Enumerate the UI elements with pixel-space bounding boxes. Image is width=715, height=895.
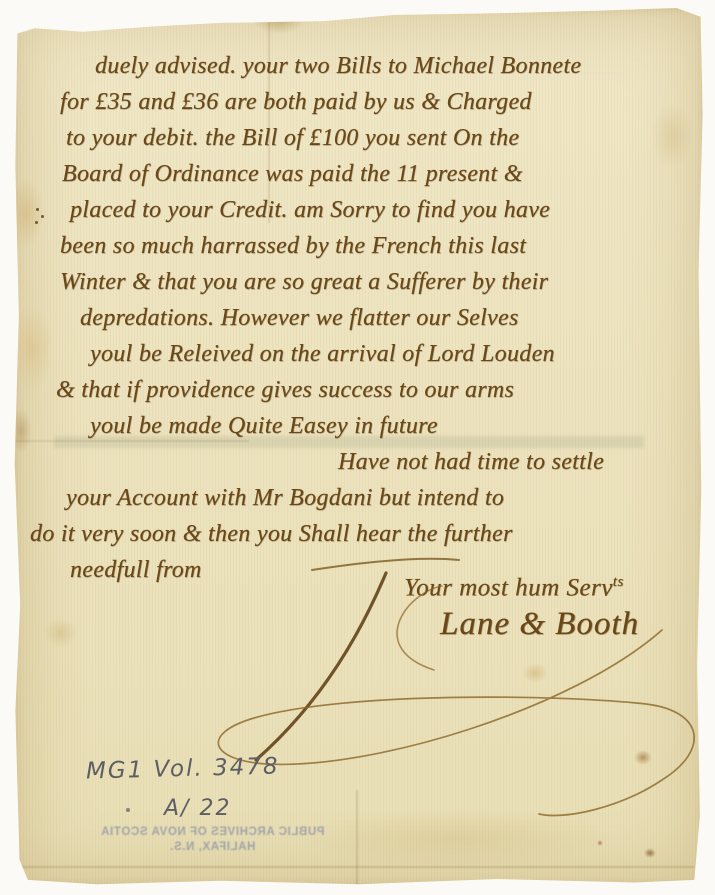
pencil-dot bbox=[126, 808, 130, 812]
archive-stamp-line1: PUBLIC ARCHIVES OF NOVA SCOTIA bbox=[95, 825, 330, 840]
pencil-reference-number: MG1 Vol. 3478 bbox=[86, 753, 280, 784]
scanned-letter-page: { "document_type": "18th-century manuscr… bbox=[0, 0, 715, 895]
letter-paper-sheet: duely advised. your two Bills to Michael… bbox=[14, 8, 704, 886]
archive-stamp-line2: HALIFAX, N.S. bbox=[95, 840, 330, 855]
archive-stamp-bleedthrough: PUBLIC ARCHIVES OF NOVA SCOTIA HALIFAX, … bbox=[95, 825, 330, 855]
signature-flourish bbox=[14, 8, 704, 886]
paper-stain bbox=[270, 8, 284, 20]
pencil-reference-folio: A/ 22 bbox=[164, 796, 231, 821]
